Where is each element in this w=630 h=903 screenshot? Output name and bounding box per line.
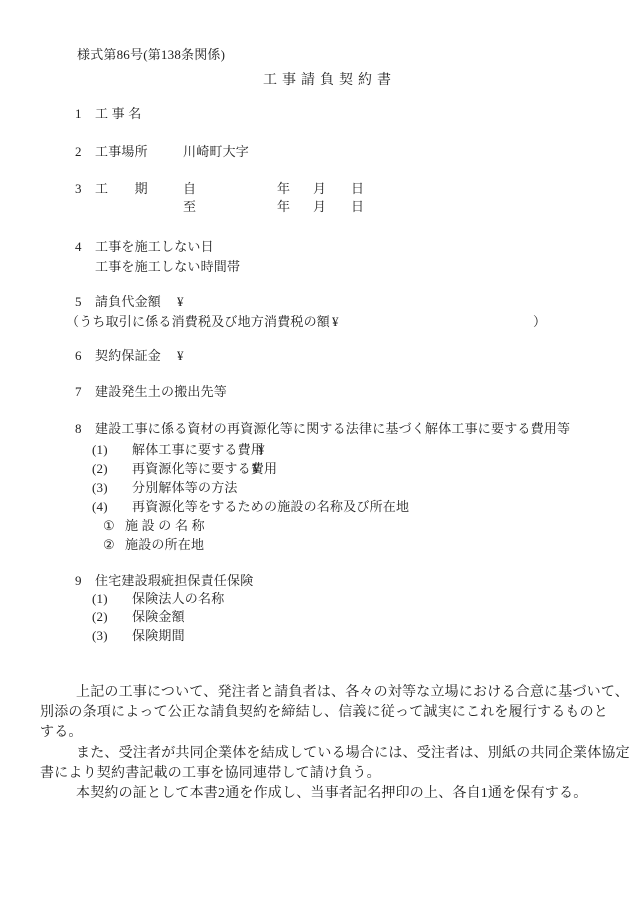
closing-paragraph-line-4: また、受注者が共同企業体を結成している場合には、受注者は、別紙の共同企業体協定: [76, 745, 630, 763]
item-8-circle2-number: ②: [103, 537, 115, 553]
item-4-number: 4: [75, 239, 82, 255]
item-7-number: 7: [75, 384, 82, 400]
contract-document-page: 様式第86号(第138条関係) 工事請負契約書 1 工 事 名 2 工事場所 川…: [0, 0, 630, 903]
item-2-number: 2: [75, 144, 82, 160]
document-title: 工事請負契約書: [263, 72, 396, 90]
item-7-label: 建設発生土の搬出先等: [95, 384, 227, 400]
item-6-label: 契約保証金: [95, 348, 161, 364]
item-8-sub2-yen-sign: ¥: [253, 461, 260, 477]
item-8-sub4-number: (4): [92, 499, 108, 515]
item-8-circle1-label: 施 設 の 名 称: [125, 518, 205, 534]
item-4-line2: 工事を施工しない時間帯: [95, 259, 240, 275]
item-8-sub4-label: 再資源化等をするための施設の名称及び所在地: [132, 499, 409, 515]
item-2-label: 工事場所: [95, 144, 148, 160]
item-8-circle1-number: ①: [103, 518, 115, 534]
item-9-label: 住宅建設瑕疵担保責任保険: [95, 573, 253, 589]
item-4-line1: 工事を施工しない日: [95, 239, 214, 255]
closing-paragraph-line-1: 上記の工事について、発注者と請負者は、各々の対等な立場における合意に基づいて、: [76, 684, 629, 702]
item-9-number: 9: [75, 573, 82, 589]
item-8-sub1-label: 解体工事に要する費用: [132, 442, 264, 458]
item-2-value: 川崎町大字: [183, 144, 249, 160]
item-3-to-month: 月: [313, 199, 326, 215]
item-3-to: 至: [183, 199, 196, 215]
item-1-number: 1: [75, 106, 82, 122]
item-3-to-year: 年: [277, 199, 290, 215]
item-8-sub3-number: (3): [92, 480, 108, 496]
closing-paragraph-line-6: 本契約の証として本書2通を作成し、当事者記名押印の上、各自1通を保有する。: [76, 785, 587, 803]
item-3-from: 自: [183, 181, 196, 197]
item-3-to-day: 日: [351, 199, 364, 215]
item-5-label: 請負代金額: [95, 294, 161, 310]
item-1-label: 工 事 名: [95, 106, 142, 122]
item-9-sub3-label: 保険期間: [132, 628, 185, 644]
item-9-sub3-number: (3): [92, 628, 108, 644]
item-3-label: 工 期: [95, 181, 148, 197]
item-5-tax-yen-sign: ¥: [332, 314, 339, 330]
item-3-number: 3: [75, 181, 82, 197]
item-9-sub2-label: 保険金額: [132, 609, 185, 625]
closing-paragraph-line-3: する。: [40, 724, 83, 742]
item-3-from-month: 月: [313, 181, 326, 197]
item-8-sub2-number: (2): [92, 461, 108, 477]
item-5-tax-note-close-paren: ）: [533, 314, 546, 330]
item-8-sub1-yen-sign: ¥: [258, 442, 265, 458]
item-9-sub1-number: (1): [92, 591, 108, 607]
item-8-sub3-label: 分別解体等の方法: [132, 480, 238, 496]
item-6-number: 6: [75, 348, 82, 364]
item-5-tax-note: （うち取引に係る消費税及び地方消費税の額: [66, 314, 330, 330]
form-number: 様式第86号(第138条関係): [77, 47, 225, 63]
item-8-label: 建設工事に係る資材の再資源化等に関する法律に基づく解体工事に要する費用等: [95, 421, 570, 437]
item-3-from-year: 年: [277, 181, 290, 197]
item-8-number: 8: [75, 421, 82, 437]
item-3-from-day: 日: [351, 181, 364, 197]
item-6-yen-sign: ¥: [177, 348, 184, 364]
item-9-sub1-label: 保険法人の名称: [132, 591, 224, 607]
item-5-number: 5: [75, 294, 82, 310]
item-9-sub2-number: (2): [92, 609, 108, 625]
item-8-sub1-number: (1): [92, 442, 108, 458]
item-8-circle2-label: 施設の所在地: [125, 537, 204, 553]
closing-paragraph-line-5: 書により契約書記載の工事を協同連帯して請け負う。: [40, 765, 381, 783]
closing-paragraph-line-2: 別添の条項によって公正な請負契約を締結し、信義に従って誠実にこれを履行するものと: [40, 704, 608, 722]
item-5-yen-sign: ¥: [177, 294, 184, 310]
